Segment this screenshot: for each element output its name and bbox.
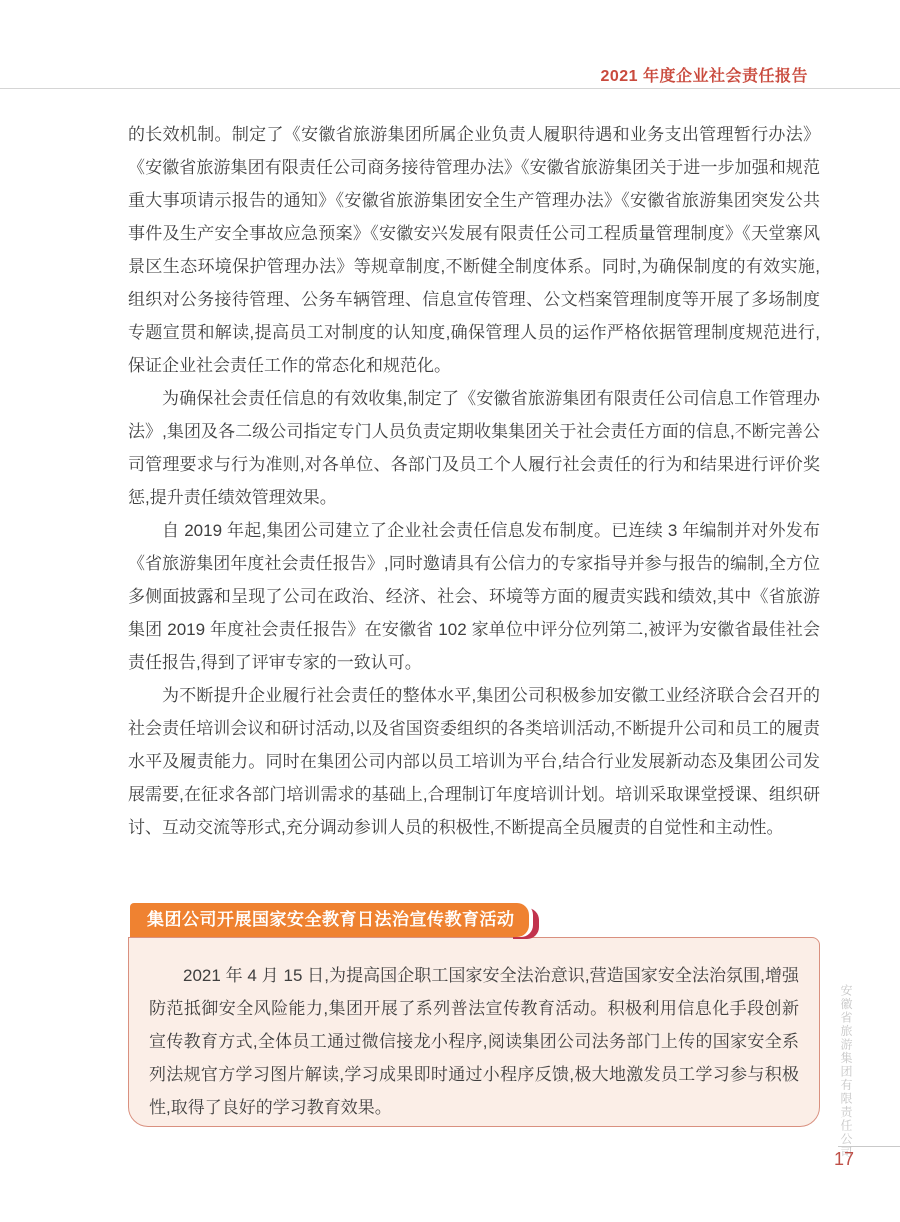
feature-banner: 集团公司开展国家安全教育日法治宣传教育活动 [130,903,529,937]
body-text-block: 的长效机制。制定了《安徽省旅游集团所属企业负责人履职待遇和业务支出管理暂行办法》… [128,118,820,844]
body-paragraph: 自 2019 年起,集团公司建立了企业社会责任信息发布制度。已连续 3 年编制并… [128,514,820,679]
body-paragraph: 的长效机制。制定了《安徽省旅游集团所属企业负责人履职待遇和业务支出管理暂行办法》… [128,118,820,382]
feature-box: 2021 年 4 月 15 日,为提高国企职工国家安全法治意识,营造国家安全法治… [128,937,820,1127]
page-number: 17 [834,1149,854,1170]
sidebar-company-vertical-text: 安徽省旅游集团有限责任公司 [838,984,855,1160]
header-divider [0,88,900,89]
body-paragraph: 为不断提升企业履行社会责任的整体水平,集团公司积极参加安徽工业经济联合会召开的社… [128,679,820,844]
report-page: 2021 年度企业社会责任报告 的长效机制。制定了《安徽省旅游集团所属企业负责人… [0,0,900,1222]
page-header-title: 2021 年度企业社会责任报告 [600,63,808,86]
feature-banner-title: 集团公司开展国家安全教育日法治宣传教育活动 [130,903,529,937]
footer-divider [838,1146,900,1147]
body-paragraph: 为确保社会责任信息的有效收集,制定了《安徽省旅游集团有限责任公司信息工作管理办法… [128,382,820,514]
feature-box-text: 2021 年 4 月 15 日,为提高国企职工国家安全法治意识,营造国家安全法治… [149,959,799,1124]
